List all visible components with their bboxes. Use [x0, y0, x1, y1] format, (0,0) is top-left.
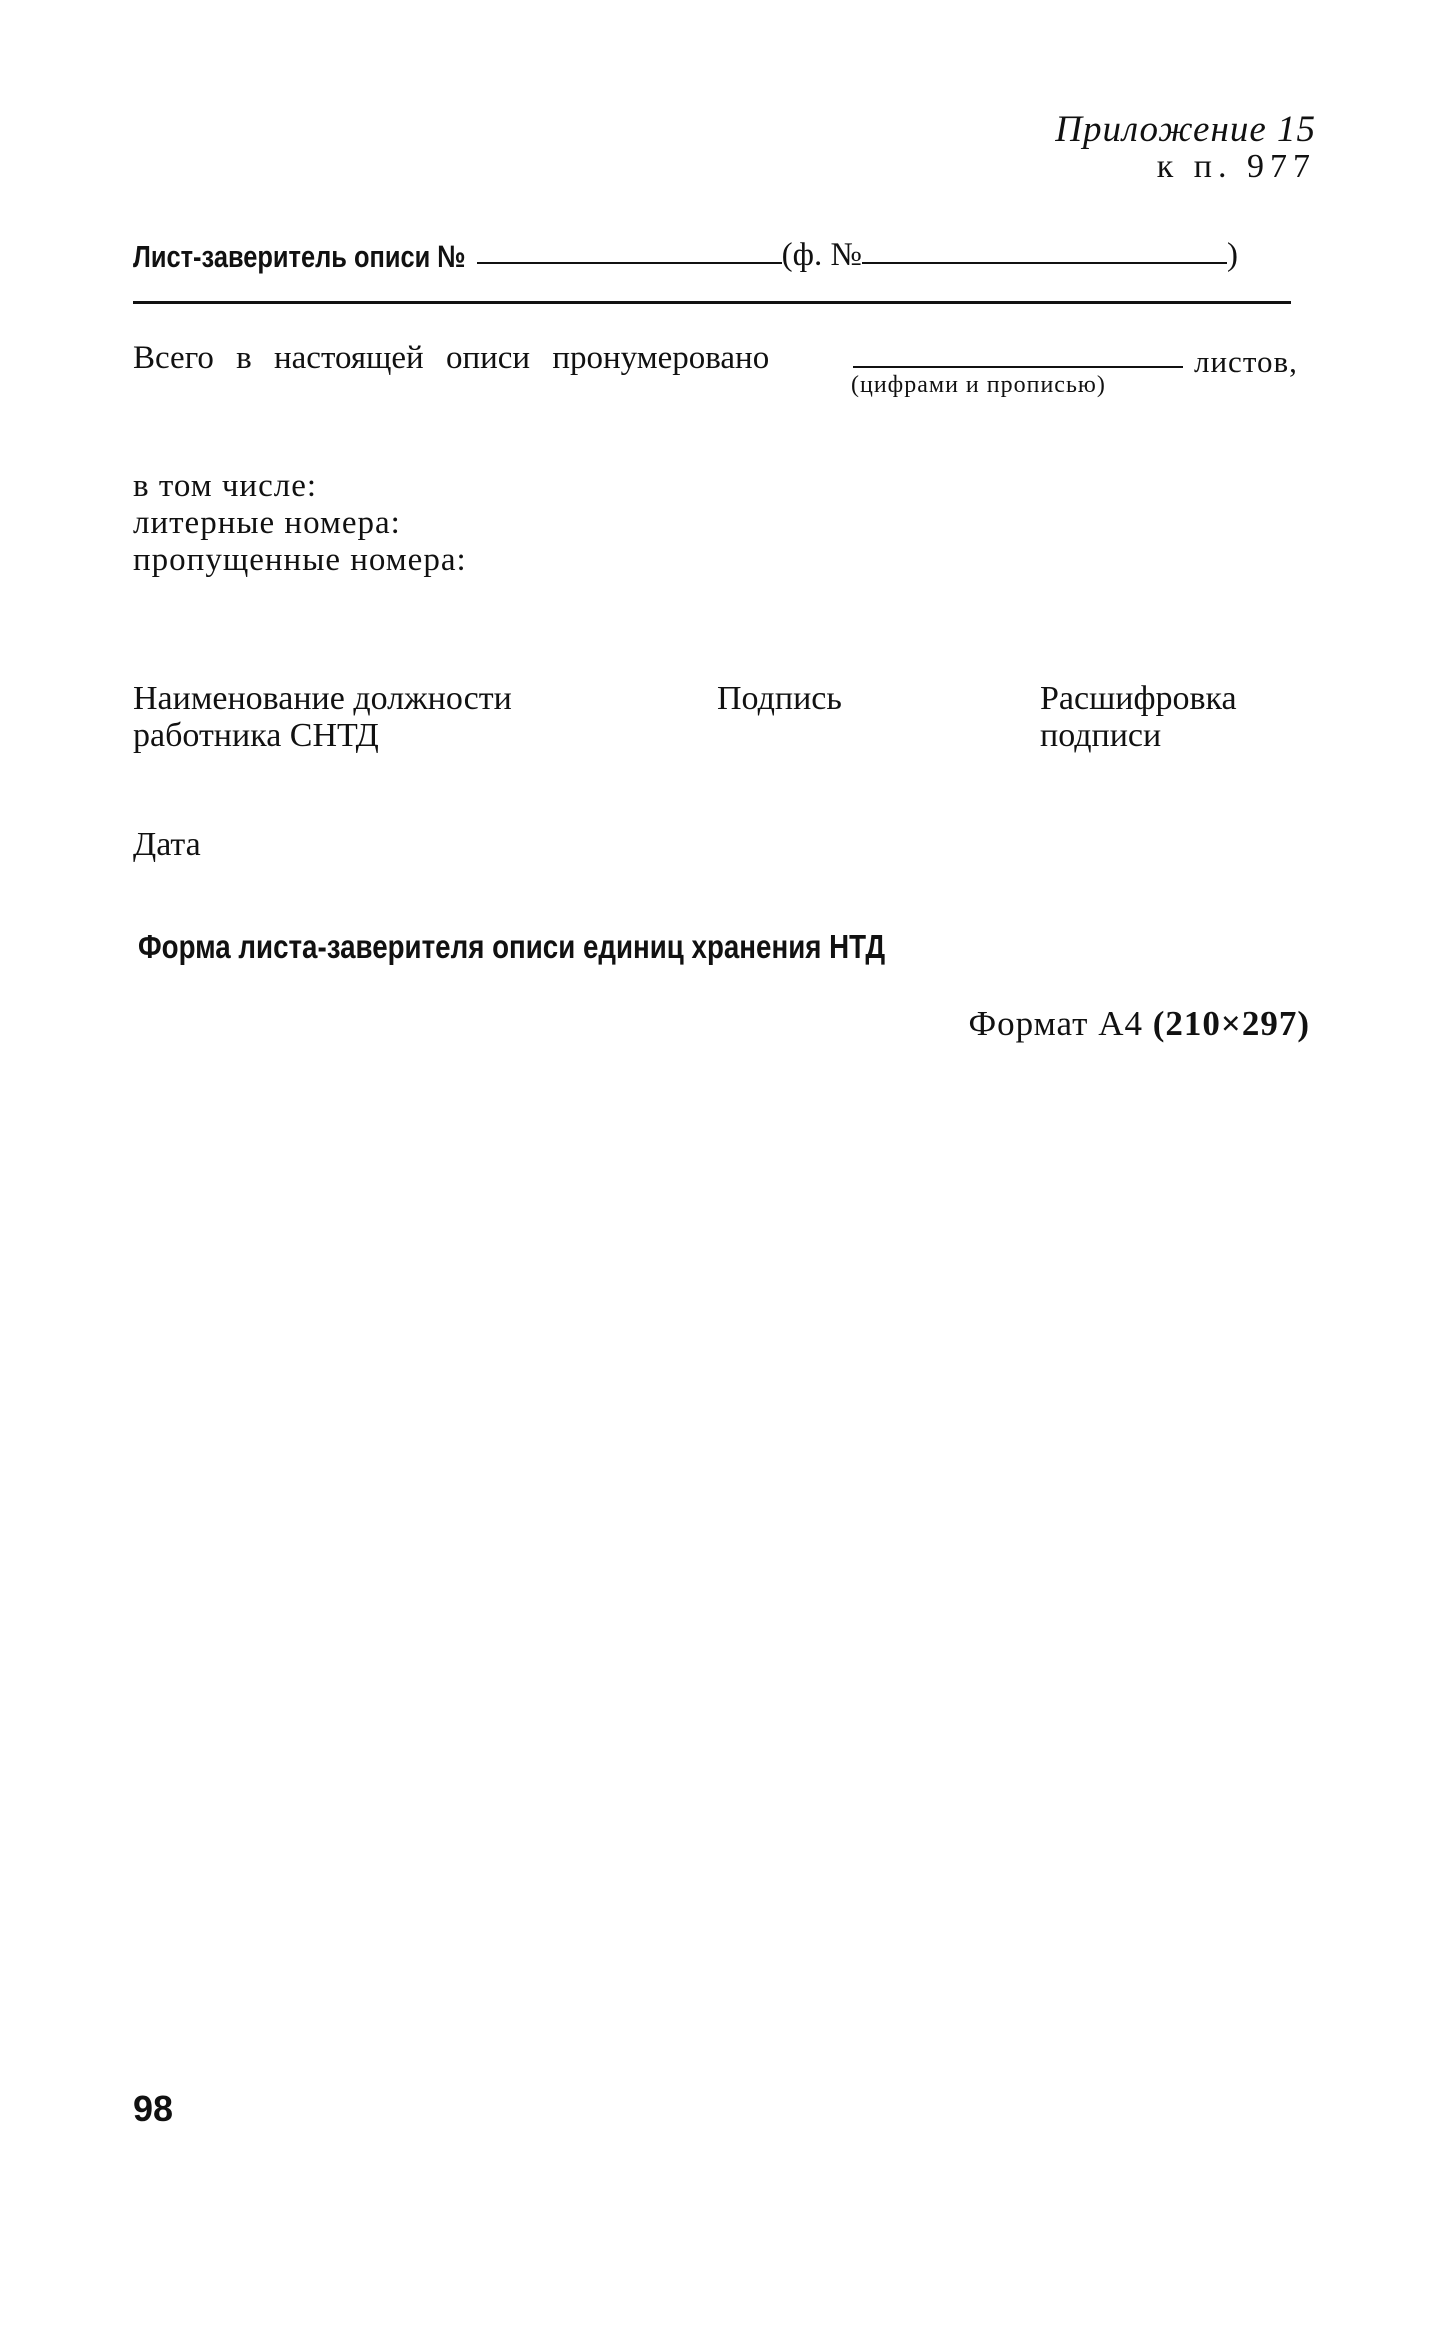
- signature-decode-label: Расшифровка подписи: [1040, 680, 1237, 754]
- date-label: Дата: [133, 826, 201, 864]
- total-sheets-line: Всего в настоящей описи пронумеровано (ц…: [133, 340, 1313, 410]
- decode-label-line1: Расшифровка: [1040, 680, 1237, 717]
- fond-suffix: ): [1227, 239, 1238, 272]
- skipped-numbers-label: пропущенные номера:: [133, 544, 467, 577]
- horizontal-rule: [133, 301, 1291, 304]
- position-label-line2: работника СНТД: [133, 717, 512, 754]
- clause-reference: к п. 977: [1157, 148, 1316, 186]
- signature-label: Подпись: [717, 680, 842, 717]
- including-heading: в том числе:: [133, 470, 317, 503]
- form-caption: Форма листа-заверителя описи единиц хран…: [138, 928, 885, 966]
- format-size: (210×297): [1153, 1004, 1310, 1043]
- sheet-count-hint: (цифрами и прописью): [851, 372, 1106, 399]
- position-label-line1: Наименование должности: [133, 680, 512, 717]
- sheets-unit: листов,: [1194, 344, 1298, 380]
- lettered-numbers-label: литерные номера:: [133, 507, 401, 540]
- inventory-number-field[interactable]: [477, 262, 782, 264]
- total-sheets-text: Всего в настоящей описи пронумеровано: [133, 340, 769, 377]
- position-label: Наименование должности работника СНТД: [133, 680, 512, 754]
- title-line: Лист-заверитель описи № (ф. № ): [133, 228, 1293, 272]
- format-label: Формат А4: [969, 1004, 1143, 1043]
- form-title: Лист-заверитель описи №: [133, 241, 466, 272]
- format-line: Формат А4 (210×297): [969, 1004, 1311, 1044]
- fond-number-field[interactable]: [862, 262, 1227, 264]
- appendix-label: Приложение 15: [1055, 108, 1316, 151]
- decode-label-line2: подписи: [1040, 717, 1237, 754]
- page-number: 98: [133, 2088, 173, 2130]
- fond-prefix: (ф. №: [782, 239, 862, 272]
- sheet-count-field[interactable]: [853, 366, 1183, 368]
